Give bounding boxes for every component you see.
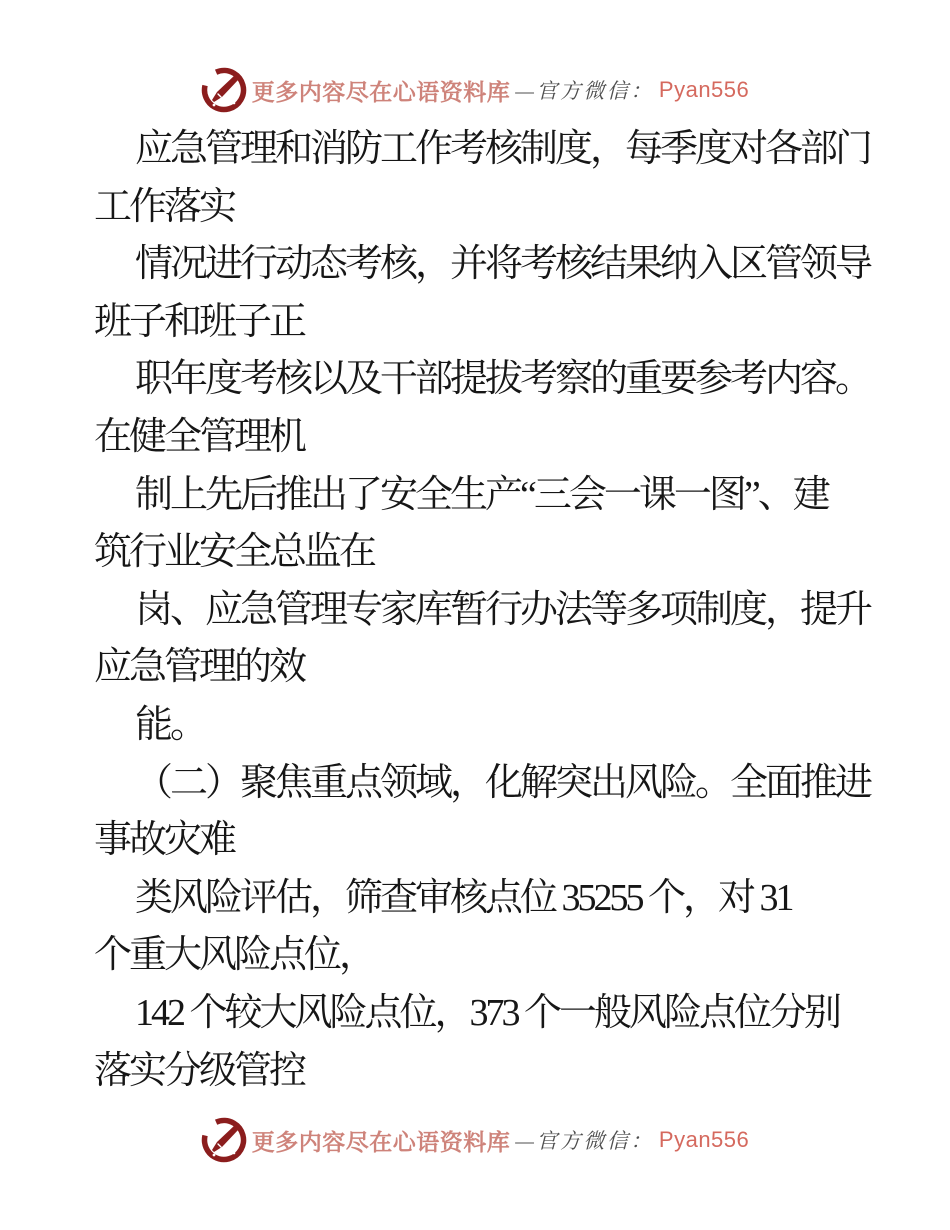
text-line: 筑行业安全总监在 xyxy=(94,524,862,582)
text-line: 班子和班子正 xyxy=(94,294,862,352)
text-line: 落实分级管控 xyxy=(94,1043,862,1101)
text-line: 在健全管理机 xyxy=(94,409,862,467)
text-line: 能。 xyxy=(94,697,862,755)
text-line: 岗、应急管理专家库暂行办法等多项制度，提升 xyxy=(94,582,862,640)
watermark-wechat-label: —官方微信： xyxy=(515,1125,654,1155)
pen-nib-seal-icon xyxy=(201,67,247,113)
watermark-brand-text: 更多内容尽在心语资料库 xyxy=(252,1124,511,1157)
text-line: 个重大风险点位， xyxy=(94,927,862,985)
footer-watermark: 更多内容尽在心语资料库 —官方微信： Pyan556 xyxy=(0,1114,950,1166)
text-line: 工作落实 xyxy=(94,179,862,237)
text-line: 应急管理和消防工作考核制度，每季度对各部门 xyxy=(94,121,862,179)
document-page: 更多内容尽在心语资料库 —官方微信： Pyan556 应急管理和消防工作考核制度… xyxy=(0,0,950,1230)
header-watermark: 更多内容尽在心语资料库 —官方微信： Pyan556 xyxy=(0,64,950,116)
pen-nib-seal-icon xyxy=(201,1117,247,1163)
text-line: 情况进行动态考核，并将考核结果纳入区管领导 xyxy=(94,236,862,294)
text-line: 142 个较大风险点位，373 个一般风险点位分别 xyxy=(94,985,862,1043)
document-body: 应急管理和消防工作考核制度，每季度对各部门工作落实情况进行动态考核，并将考核结果… xyxy=(94,121,862,1100)
text-line: 类风险评估，筛查审核点位 35255 个，对 31 xyxy=(94,870,862,928)
watermark-wechat-account: Pyan556 xyxy=(659,77,749,103)
text-line: 制上先后推出了安全生产“三会一课一图”、建 xyxy=(94,467,862,525)
watermark-brand-text: 更多内容尽在心语资料库 xyxy=(252,74,511,107)
watermark-wechat-label: —官方微信： xyxy=(515,75,654,105)
text-line: 职年度考核以及干部提拔考察的重要参考内容。 xyxy=(94,351,862,409)
text-line: 事故灾难 xyxy=(94,812,862,870)
text-line: 应急管理的效 xyxy=(94,639,862,697)
watermark-wechat-account: Pyan556 xyxy=(659,1127,749,1153)
text-line: （二）聚焦重点领域，化解突出风险。全面推进 xyxy=(94,755,862,813)
